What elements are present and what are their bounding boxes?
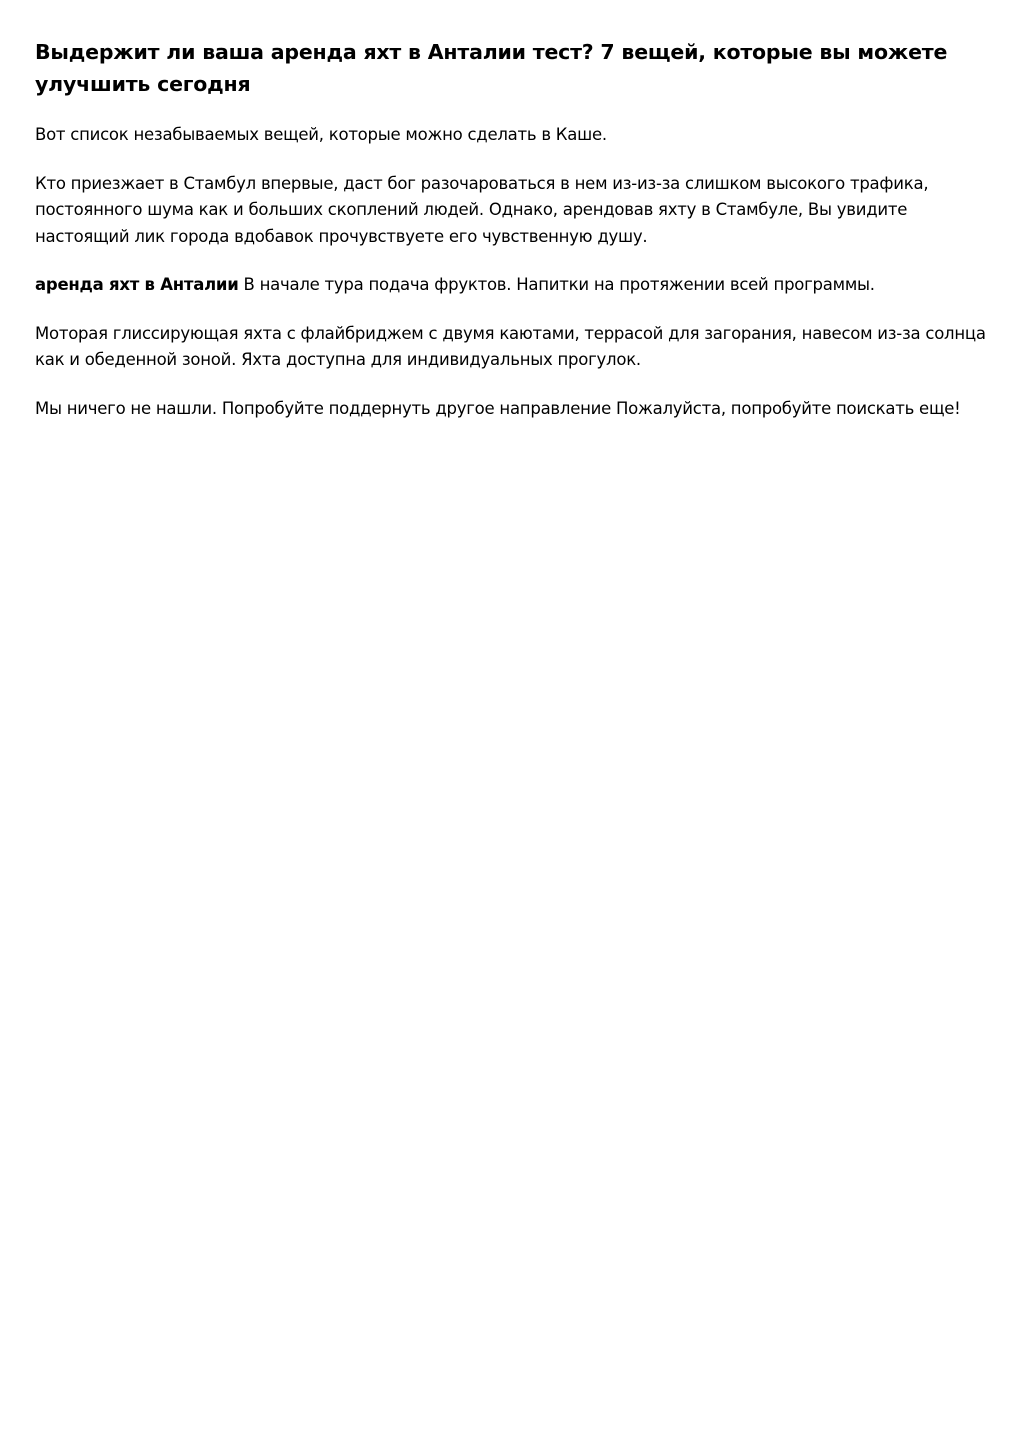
- paragraph-not-found: Мы ничего не нашли. Попробуйте поддернут…: [35, 396, 990, 423]
- paragraph-istanbul: Кто приезжает в Стамбул впервые, даст бо…: [35, 171, 990, 251]
- keyword-link-text: аренда яхт в Анталии: [35, 275, 239, 294]
- document-page: Выдержит ли ваша аренда яхт в Анталии те…: [0, 0, 1024, 422]
- article-title: Выдержит ли ваша аренда яхт в Анталии те…: [35, 36, 990, 100]
- paragraph-tour: аренда яхт в Анталии В начале тура подач…: [35, 272, 990, 299]
- paragraph-intro: Вот список незабываемых вещей, которые м…: [35, 122, 990, 149]
- paragraph-tour-text: В начале тура подача фруктов. Напитки на…: [239, 275, 875, 294]
- paragraph-yacht: Моторая глиссирующая яхта с флайбриджем …: [35, 321, 990, 374]
